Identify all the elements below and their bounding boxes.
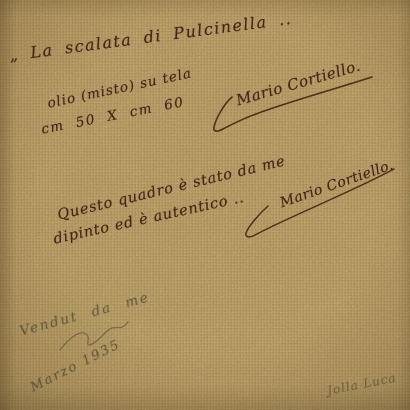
pencil-date-note: Marzo 1935 [28,337,123,395]
pencil-corner-note: Jolla Luca [326,371,398,398]
pencil-sale-note: Vendut da me [18,289,152,339]
artist-signature-bottom: Mario Cortiello. [278,157,396,211]
artwork-title-inscription: „ La scalata di Pulcinella .. [8,9,293,65]
canvas-verso-photo: „ La scalata di Pulcinella .. olio (mist… [0,0,410,410]
artist-signature-top: Mario Cortiello. [234,57,363,110]
